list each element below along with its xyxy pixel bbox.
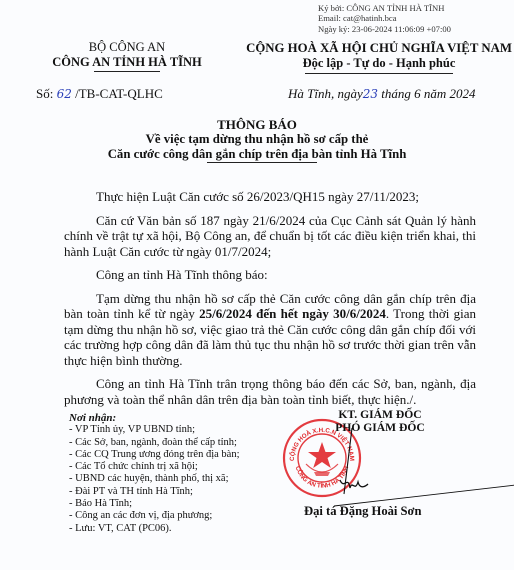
national-motto: Độc lập - Tự do - Hạnh phúc [244,56,514,71]
national-header: CỘNG HOÀ XÃ HỘI CHỦ NGHĨA VIỆT NAM Độc l… [244,41,514,74]
recipient-item: - Các CQ Trung ương đóng trên địa bàn; [69,449,239,461]
title-heading: THÔNG BÁO [0,118,514,132]
handwritten-number: 62 [57,87,72,101]
recipient-item: - Lưu: VT, CAT (PC06). [69,523,239,535]
recipient-item: - Công an các đơn vị, địa phương; [69,510,239,522]
signer-title: KT. GIÁM ĐỐC PHÓ GIÁM ĐỐC [300,408,460,434]
date-prefix: Hà Tĩnh, ngày [288,86,363,101]
title-underline [207,162,317,163]
motto-underline [305,73,453,74]
suspension-period: 25/6/2024 đến hết ngày 30/6/2024 [199,306,386,321]
signer-title-line1: KT. GIÁM ĐỐC [300,408,460,421]
recipient-item: - Các Sở, ban, ngành, đoàn thể cấp tỉnh; [69,437,239,449]
issue-date: Hà Tĩnh, ngày23 tháng 6 năm 2024 [288,86,476,102]
recipients-list: Nơi nhận: - VP Tỉnh ủy, VP UBND tỉnh; - … [69,412,239,535]
title-subject-line1: Về việc tạm dừng thu nhận hồ sơ cấp thẻ [0,132,514,147]
recipients-heading: Nơi nhận: [69,412,239,424]
document-page: Ký bởi: CÔNG AN TỈNH HÀ TĨNH Email: cat@… [0,0,514,570]
signature-date: Ngày ký: 23-06-2024 11:06:09 +07:00 [318,24,451,34]
paragraph-legal-basis: Thực hiện Luật Căn cước số 26/2023/QH15 … [64,189,476,205]
agency-name: CÔNG AN TỈNH HÀ TĨNH [52,55,202,70]
date-suffix: tháng 6 năm 2024 [378,86,476,101]
signature-email: Email: cat@hatinh.bca [318,13,451,23]
recipient-item: - Báo Hà Tĩnh; [69,498,239,510]
title-subject-line2: Căn cước công dân gắn chíp trên địa bàn … [0,147,514,162]
recipient-item: - UBND các huyện, thành phố, thị xã; [69,473,239,485]
agency-underline [94,71,160,72]
paragraph-reference: Căn cứ Văn bản số 187 ngày 21/6/2024 của… [64,213,476,260]
country-name: CỘNG HOÀ XÃ HỘI CHỦ NGHĨA VIỆT NAM [244,41,514,56]
paragraph-suspension-notice: Tạm dừng thu nhận hồ sơ cấp thẻ Căn cước… [64,291,476,369]
handwritten-day: 23 [363,87,378,101]
signature-signer: Ký bởi: CÔNG AN TỈNH HÀ TĨNH [318,3,451,13]
document-number-prefix: Số: [36,86,57,101]
signer-title-line2: PHÓ GIÁM ĐỐC [300,421,460,434]
recipient-item: - VP Tỉnh ủy, VP UBND tỉnh; [69,424,239,436]
paragraph-closing: Công an tỉnh Hà Tĩnh trân trọng thông bá… [64,376,476,407]
issuing-agency-header: BỘ CÔNG AN CÔNG AN TỈNH HÀ TĨNH [52,40,202,72]
signer-name: Đại tá Đặng Hoài Sơn [304,504,422,519]
document-number-suffix: /TB-CAT-QLHC [72,86,163,101]
document-title: THÔNG BÁO Về việc tạm dừng thu nhận hồ s… [0,118,514,163]
recipient-item: - Đài PT và TH tỉnh Hà Tĩnh; [69,486,239,498]
paragraph-announcement-intro: Công an tỉnh Hà Tĩnh thông báo: [64,267,476,283]
document-body: Thực hiện Luật Căn cước số 26/2023/QH15 … [64,189,476,415]
recipient-item: - Các Tổ chức chính trị xã hội; [69,461,239,473]
ministry-name: BỘ CÔNG AN [52,40,202,55]
document-number: Số: 62 /TB-CAT-QLHC [36,86,163,102]
digital-signature-info: Ký bởi: CÔNG AN TỈNH HÀ TĨNH Email: cat@… [318,3,451,34]
